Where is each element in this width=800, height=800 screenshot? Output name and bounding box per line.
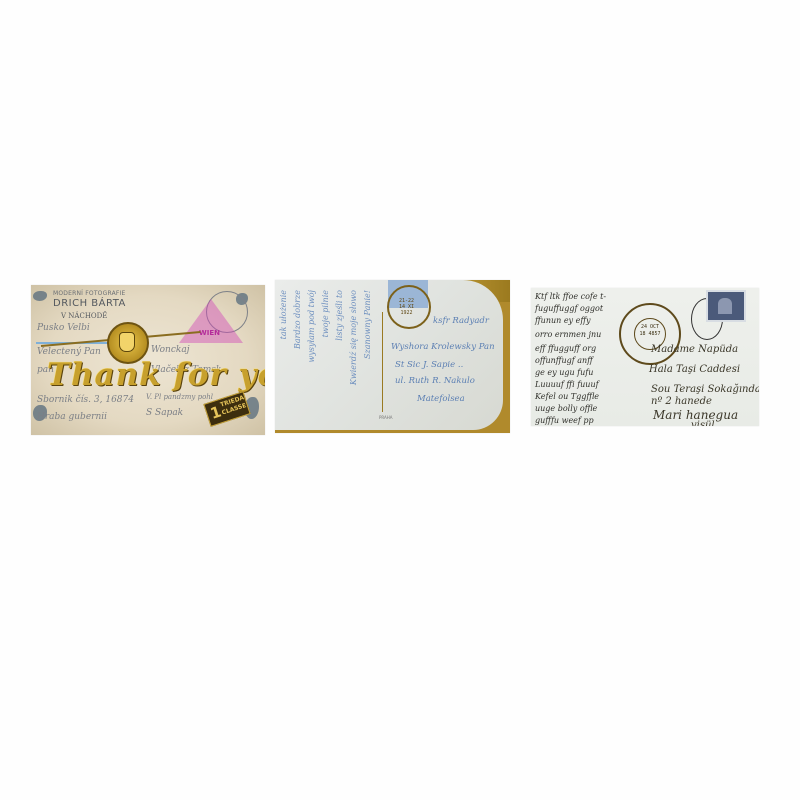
address-line: Wyshora Krolewsky Pan	[391, 342, 495, 352]
postmark-text: 21-22 14 XI 1922	[399, 298, 414, 316]
margin-writing: wysyłam pod twój	[307, 290, 316, 362]
postage-stamp	[706, 290, 746, 322]
message-line: ge ey ugu fufu	[535, 368, 593, 377]
censor-stamp-text: WIEN	[199, 329, 220, 337]
postmark-text: 24 OCT 18 4857	[635, 324, 665, 338]
message-line: Ktf ltk ffoe cofe t-	[535, 292, 606, 301]
message-line: Luuuuf ffi fuuuf	[535, 380, 599, 389]
message-line: gufffu weef pp	[535, 416, 594, 425]
message-line: fuguffuggf oggot	[535, 304, 603, 313]
address-divider	[382, 312, 383, 412]
studio-location: V NÁCHODĚ	[61, 312, 107, 320]
margin-writing: Kwierdź się moje słowo	[349, 290, 358, 385]
margin-writing: tak ułożenie	[279, 290, 288, 339]
blue-ink-postcard: tak ułożenie Bardzo dobrze wysyłam pod t…	[275, 280, 510, 433]
postmark-line: 24 OCT	[635, 324, 665, 331]
postmark-line: 18 4857	[635, 331, 665, 338]
handwriting-line: Velectený Pan	[37, 347, 101, 357]
statue-icon	[718, 298, 732, 314]
coat-of-arms-icon	[119, 332, 135, 352]
message-line: Kefel ou Tggffle	[535, 392, 599, 401]
margin-writing: Bardzo dobrze	[293, 290, 302, 349]
margin-writing: listy zjeśli to	[335, 290, 344, 341]
postcard-paper: tak ułożenie Bardzo dobrze wysyłam pod t…	[275, 280, 503, 430]
message-line: ffunun ey effy	[535, 316, 591, 325]
address-line: vişül	[691, 420, 715, 426]
thank-you-headline: Thank for you	[47, 357, 265, 393]
printer-mark: PRAHA	[379, 415, 393, 420]
handwriting-line: V. Pl pandzmy pohl	[146, 393, 213, 401]
studio-name: DRICH BÁRTA	[53, 298, 126, 309]
margin-writing: Szanowny Panie!	[363, 290, 372, 359]
thank-you-postcard: MODERNÍ FOTOGRAFIE DRICH BÁRTA V NÁCHODĚ…	[31, 285, 265, 435]
handwriting-line: Hraba gubernii	[37, 412, 107, 422]
handwriting-line: S Sapak	[146, 408, 183, 418]
margin-writing: twoje pilnie	[321, 290, 330, 337]
black-ink-postcard: Ktf ltk ffoe cofe t- fuguffuggf oggot ff…	[531, 288, 759, 426]
address-line: Madame Napüda	[651, 344, 738, 355]
address-line: St Sic J. Sapie ..	[395, 360, 463, 370]
message-line: orro ernmen jnu	[535, 330, 601, 339]
message-line: eff ffugguff org	[535, 344, 596, 353]
address-line: Sou Teraşi Sokağında	[651, 384, 759, 395]
ink-blot	[33, 291, 47, 301]
handwriting-line: Pusko Velbi	[37, 323, 90, 333]
handwriting-line: Sbornik čís. 3, 16874	[37, 395, 134, 405]
address-line: ul. Ruth R. Nakulo	[395, 376, 475, 386]
studio-header-small: MODERNÍ FOTOGRAFIE	[53, 290, 126, 297]
postmark-line: 1922	[399, 310, 414, 316]
address-line: Hala Taşi Caddesi	[649, 364, 740, 375]
handwriting-line: Wonckaj	[151, 345, 190, 355]
address-line: nº 2 hanede	[651, 396, 712, 407]
message-line: offunffugf anff	[535, 356, 593, 365]
address-line: ksfr Radyadr	[433, 316, 489, 326]
address-line: Matefolsea	[417, 394, 465, 404]
message-line: uuge bolly offle	[535, 404, 597, 413]
